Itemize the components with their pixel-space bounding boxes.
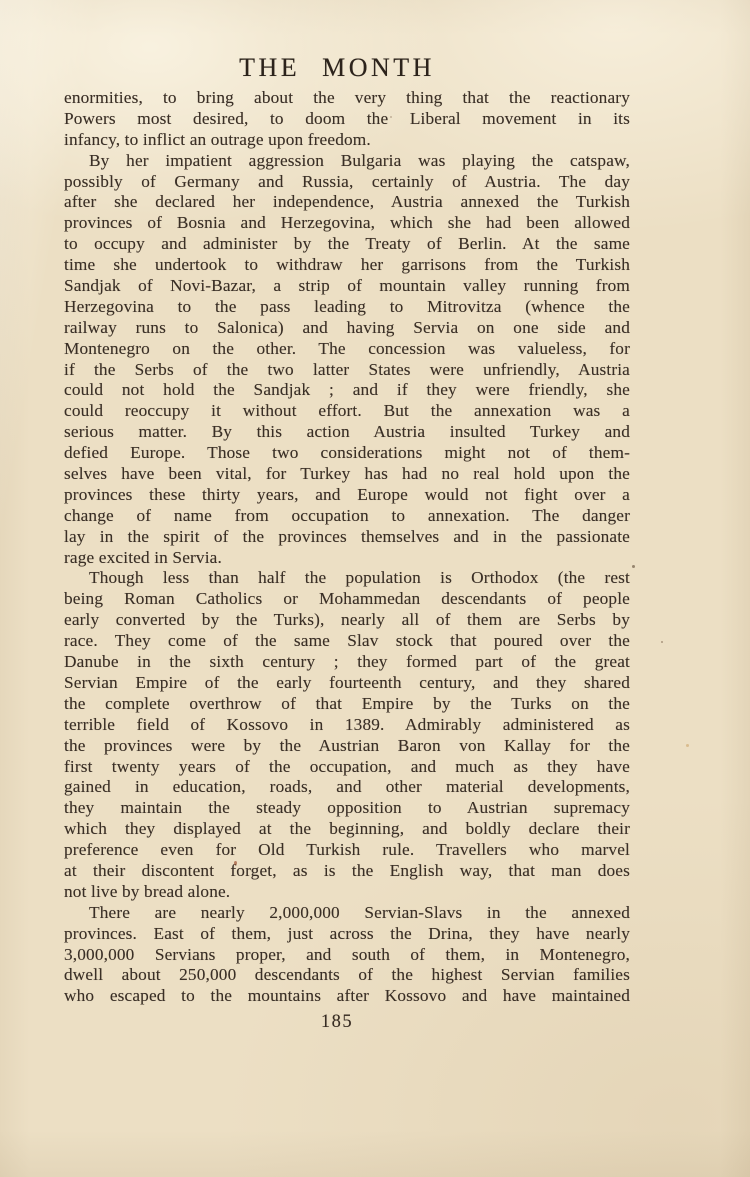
text-line: gained in education, roads, and other ma… (64, 777, 630, 798)
page-number: 185 (64, 1012, 610, 1033)
text-line: rage excited in Servia. (64, 548, 630, 569)
text-line: not live by bread alone. (64, 882, 630, 903)
text-line: lay in the spirit of the provinces thems… (64, 527, 630, 548)
paper-speck (390, 116, 392, 118)
text-line: provinces of Bosnia and Herzegovina, whi… (64, 213, 630, 234)
text-line: the complete overthrow of that Empire by… (64, 694, 630, 715)
paper-speck (632, 565, 635, 568)
text-line: possibly of Germany and Russia, certainl… (64, 172, 630, 193)
paragraph: By her impatient aggression Bulgaria was… (64, 151, 630, 569)
text-line: selves have been vital, for Turkey has h… (64, 464, 630, 485)
text-line: By her impatient aggression Bulgaria was… (64, 151, 630, 172)
text-line: dwell about 250,000 descendants of the h… (64, 965, 630, 986)
paper-speck (661, 641, 663, 643)
text-line: enormities, to bring about the very thin… (64, 88, 630, 109)
text-line: Powers most desired, to doom the Liberal… (64, 109, 630, 130)
text-line: Montenegro on the other. The concession … (64, 339, 630, 360)
paragraph: There are nearly 2,000,000 Servian-Slavs… (64, 903, 630, 1007)
text-line: early converted by the Turks), nearly al… (64, 610, 630, 631)
paragraph: Though less than half the population is … (64, 568, 630, 902)
paper-speck (234, 861, 237, 865)
text-line: could reoccupy it without effort. But th… (64, 401, 630, 422)
text-line: first twenty years of the occupation, an… (64, 757, 630, 778)
page-title: THE MONTH (64, 53, 610, 83)
text-line: to occupy and administer by the Treaty o… (64, 234, 630, 255)
text-line: which they displayed at the beginning, a… (64, 819, 630, 840)
text-line: defied Europe. Those two considerations … (64, 443, 630, 464)
text-line: who escaped to the mountains after Kosso… (64, 986, 630, 1007)
text-line: after she declared her independence, Aus… (64, 192, 630, 213)
text-line: race. They come of the same Slav stock t… (64, 631, 630, 652)
text-line: infancy, to inflict an outrage upon free… (64, 130, 630, 151)
text-line: could not hold the Sandjak ; and if they… (64, 380, 630, 401)
text-line: they maintain the steady opposition to A… (64, 798, 630, 819)
text-line: Servian Empire of the early fourteenth c… (64, 673, 630, 694)
text-line: provinces. East of them, just across the… (64, 924, 630, 945)
page: THE MONTH enormities, to bring about the… (0, 0, 750, 1177)
text-line: time she undertook to withdraw her garri… (64, 255, 630, 276)
text-line: railway runs to Salonica) and having Ser… (64, 318, 630, 339)
text-line: Though less than half the population is … (64, 568, 630, 589)
text-line: Danube in the sixth century ; they forme… (64, 652, 630, 673)
text-line: 3,000,000 Servians proper, and south of … (64, 945, 630, 966)
text-line: at their discontent forget, as is the En… (64, 861, 630, 882)
text-line: serious matter. By this action Austria i… (64, 422, 630, 443)
text-line: terrible field of Kossovo in 1389. Admir… (64, 715, 630, 736)
text-line: preference even for Old Turkish rule. Tr… (64, 840, 630, 861)
text-line: being Roman Catholics or Mohammedan desc… (64, 589, 630, 610)
paragraph: enormities, to bring about the very thin… (64, 88, 630, 151)
body-text: enormities, to bring about the very thin… (64, 88, 630, 1007)
text-line: There are nearly 2,000,000 Servian-Slavs… (64, 903, 630, 924)
text-line: provinces these thirty years, and Europe… (64, 485, 630, 506)
paper-speck (686, 744, 689, 747)
text-line: change of name from occupation to annexa… (64, 506, 630, 527)
text-line: if the Serbs of the two latter States we… (64, 360, 630, 381)
text-line: the provinces were by the Austrian Baron… (64, 736, 630, 757)
text-line: Herzegovina to the pass leading to Mitro… (64, 297, 630, 318)
text-line: Sandjak of Novi-Bazar, a strip of mounta… (64, 276, 630, 297)
